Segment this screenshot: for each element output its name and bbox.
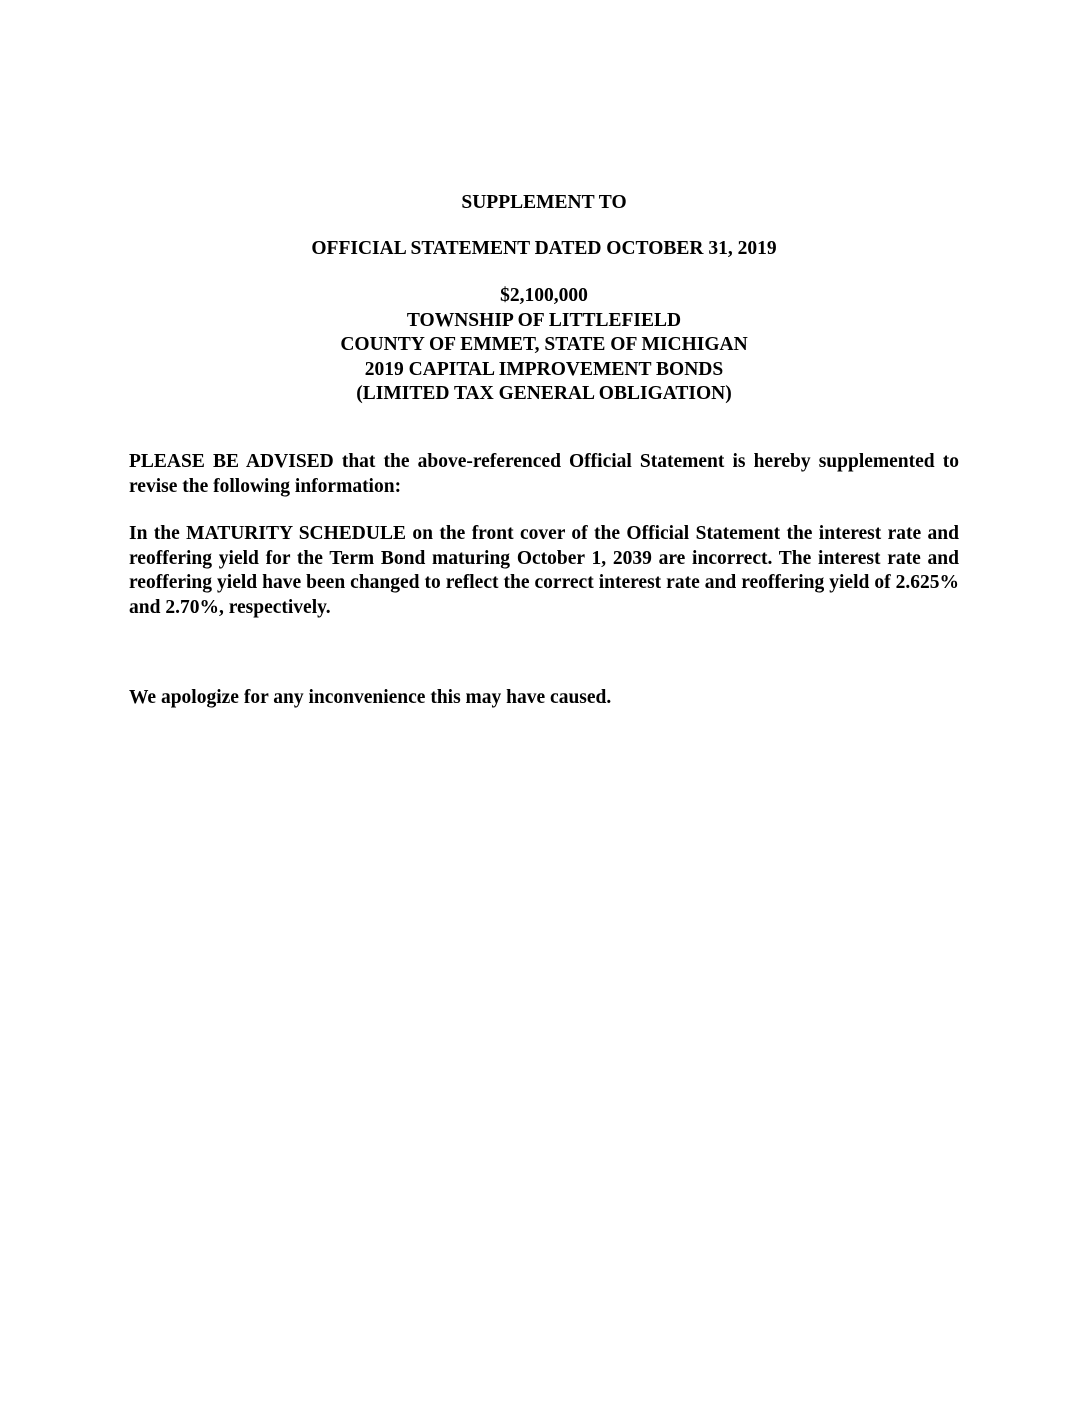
heading-official-statement-date: OFFICIAL STATEMENT DATED OCTOBER 31, 201… [0,236,1088,261]
bond-obligation-type: (LIMITED TAX GENERAL OBLIGATION) [0,382,1088,407]
bond-amount: $2,100,000 [0,284,1088,309]
issuer-name: TOWNSHIP OF LITTLEFIELD [0,309,1088,334]
heading-supplement-to: SUPPLEMENT TO [0,190,1088,215]
correction-paragraph: In the MATURITY SCHEDULE on the front co… [129,522,959,620]
issuer-location: COUNTY OF EMMET, STATE OF MICHIGAN [0,333,1088,358]
advisory-paragraph: PLEASE BE ADVISED that the above-referen… [129,450,959,499]
bond-series: 2019 CAPITAL IMPROVEMENT BONDS [0,358,1088,383]
bond-title-block: $2,100,000 TOWNSHIP OF LITTLEFIELD COUNT… [0,284,1088,407]
document-page: SUPPLEMENT TO OFFICIAL STATEMENT DATED O… [0,0,1088,1408]
apology-statement: We apologize for any inconvenience this … [129,686,611,710]
